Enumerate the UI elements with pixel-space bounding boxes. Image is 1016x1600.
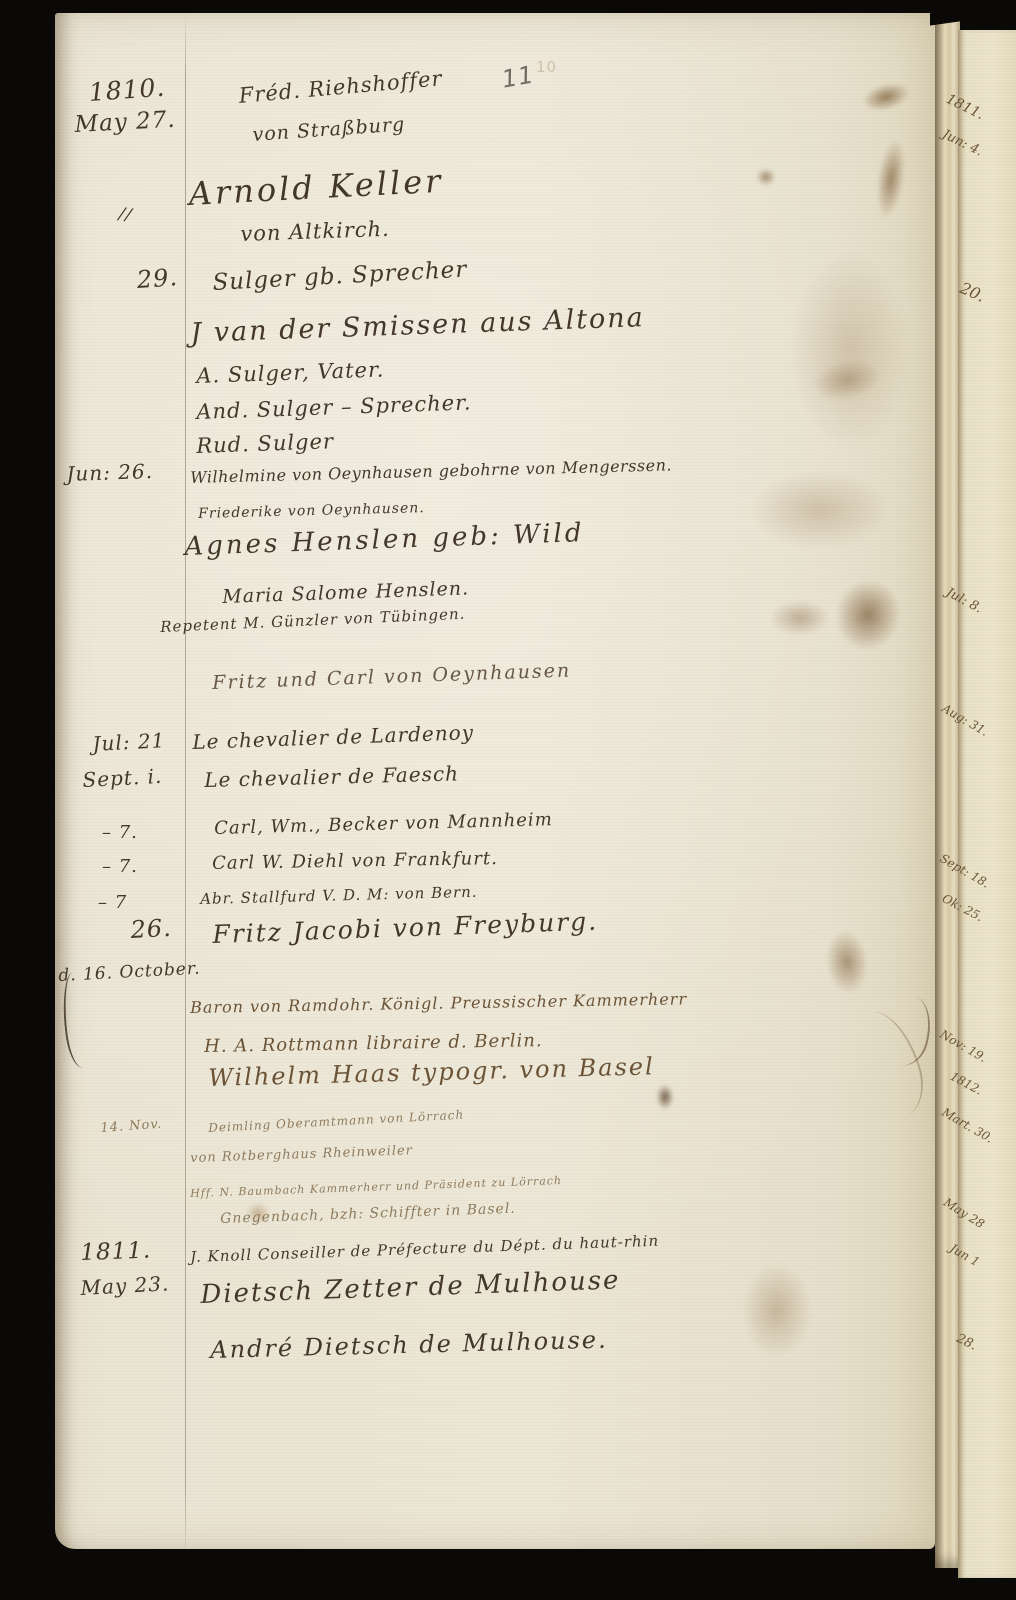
margin-date: 1810. (88, 75, 166, 105)
margin-rule-line (185, 13, 186, 1549)
margin-date: – 7. (102, 824, 138, 842)
entry-line: Le chevalier de Faesch (204, 763, 459, 790)
margin-date: Jul: 21 (92, 730, 166, 754)
margin-date: – 7. (102, 858, 138, 876)
adjacent-page-date: 20. (957, 280, 987, 305)
entry-line: Rud. Sulger (196, 431, 334, 457)
book-fore-edge (935, 8, 960, 1568)
margin-date: 29. (136, 265, 179, 292)
manuscript-photo: 11 10 1810. May 27. // 29. Jun: 26. Jul:… (0, 0, 1016, 1600)
adjacent-page-sliver: 1811. Jun: 4. 20. Jul: 8. Aug: 31. Sept:… (958, 30, 1016, 1578)
margin-date: 26. (130, 916, 172, 942)
margin-date: May 23. (80, 1273, 170, 1298)
entry-line: Carl W. Diehl von Frankfurt. (212, 850, 498, 873)
manuscript-page (55, 13, 935, 1549)
photo-background-top (0, 0, 1016, 13)
margin-date: Sept. i. (82, 766, 163, 790)
entry-line: von Altkirch. (240, 219, 390, 245)
folio-number-text: 11 (500, 60, 537, 93)
margin-date: 1811. (80, 1240, 152, 1265)
folio-number-ghost-text: 10 (536, 58, 557, 76)
margin-date: May 27. (74, 109, 176, 137)
margin-date-ditto-mark: // (118, 206, 134, 225)
margin-date: Jun: 26. (66, 461, 153, 484)
folio-number: 11 (500, 62, 536, 91)
adjacent-page-date: 28. (954, 1332, 978, 1353)
folio-number-ghost: 10 (536, 60, 557, 75)
margin-date: – 7 (98, 894, 127, 912)
